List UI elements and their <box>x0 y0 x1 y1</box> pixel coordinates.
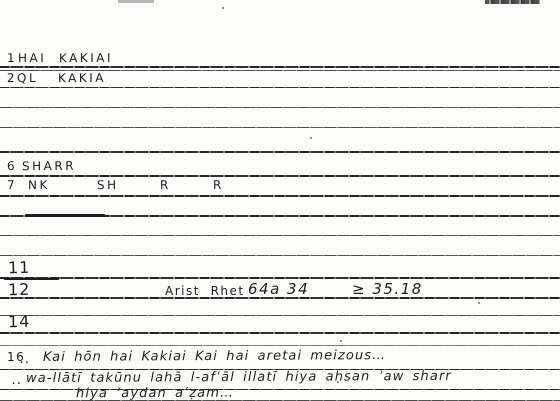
line-number: 12 <box>8 281 31 298</box>
ruled-line <box>0 255 560 256</box>
ruled-line <box>0 345 560 346</box>
line-2: 2 QL KAKIA <box>0 70 560 87</box>
ink-blotch <box>25 214 105 217</box>
ruled-line <box>0 107 560 108</box>
line-number: 1 <box>7 50 17 67</box>
line-7-seg1: NK <box>28 177 50 194</box>
scan-artifact <box>118 0 154 3</box>
citation-reference: 64a 34 <box>248 281 309 298</box>
ruled-line <box>0 332 560 334</box>
line-number: 14 <box>8 313 31 330</box>
line-number: 11 <box>8 259 31 276</box>
line-7-seg2: SH <box>97 177 119 194</box>
ruled-line <box>0 277 560 279</box>
line-11: 11 <box>0 259 560 276</box>
line-1-word2: KAKIAI <box>59 50 113 67</box>
line-1: 1 HAI KAKIAI <box>0 50 560 67</box>
citation-source: Arist Rhet <box>165 283 245 300</box>
scan-speck <box>478 302 480 304</box>
line-7: 7 NK SH R R <box>0 177 560 194</box>
scan-speck <box>222 7 224 9</box>
ruled-line <box>0 127 560 128</box>
line-number: 6 <box>7 158 17 175</box>
scan-speck <box>340 340 342 342</box>
arabic-line-1: .. wa-llātī takūnu lahā l-afʿāl illatī h… <box>0 369 560 386</box>
scanned-notebook-page: 1 HAI KAKIAI 2 QL KAKIA 6 SHARR 7 NK SH … <box>0 0 560 401</box>
arabic-line-2: hiya ʾaydan aʿẓam… <box>0 385 560 401</box>
line-16: 16 .. Kai hōn hai Kakiai Kai hai aretai … <box>0 348 560 365</box>
ellipsis-mark: .. <box>20 351 31 368</box>
scan-speck <box>310 137 312 139</box>
greek-transliteration: Kai hōn hai Kakiai Kai hai aretai meizou… <box>43 347 386 366</box>
line-number: 2 <box>7 70 17 87</box>
ruled-line <box>0 195 560 197</box>
line-6: 6 SHARR <box>0 158 560 175</box>
ruled-line <box>0 151 560 153</box>
line-14: 14 <box>0 313 560 330</box>
line-1-word1: HAI <box>18 50 46 67</box>
scan-artifact <box>485 0 540 4</box>
ruled-line <box>0 235 560 236</box>
line-12: 12 Arist Rhet 64a 34 ≥ 35.18 <box>0 281 560 298</box>
line-number: 7 <box>7 177 17 194</box>
citation-reference-2: ≥ 35.18 <box>352 281 423 298</box>
line-7-seg3: R <box>160 177 171 194</box>
line-2-word2: KAKIA <box>58 70 106 87</box>
arabic-transliteration-2: hiya ʾaydan aʿẓam… <box>76 385 234 401</box>
line-7-seg4: R <box>213 177 224 194</box>
line-2-word1: QL <box>17 70 38 87</box>
line-6-word1: SHARR <box>22 158 76 175</box>
